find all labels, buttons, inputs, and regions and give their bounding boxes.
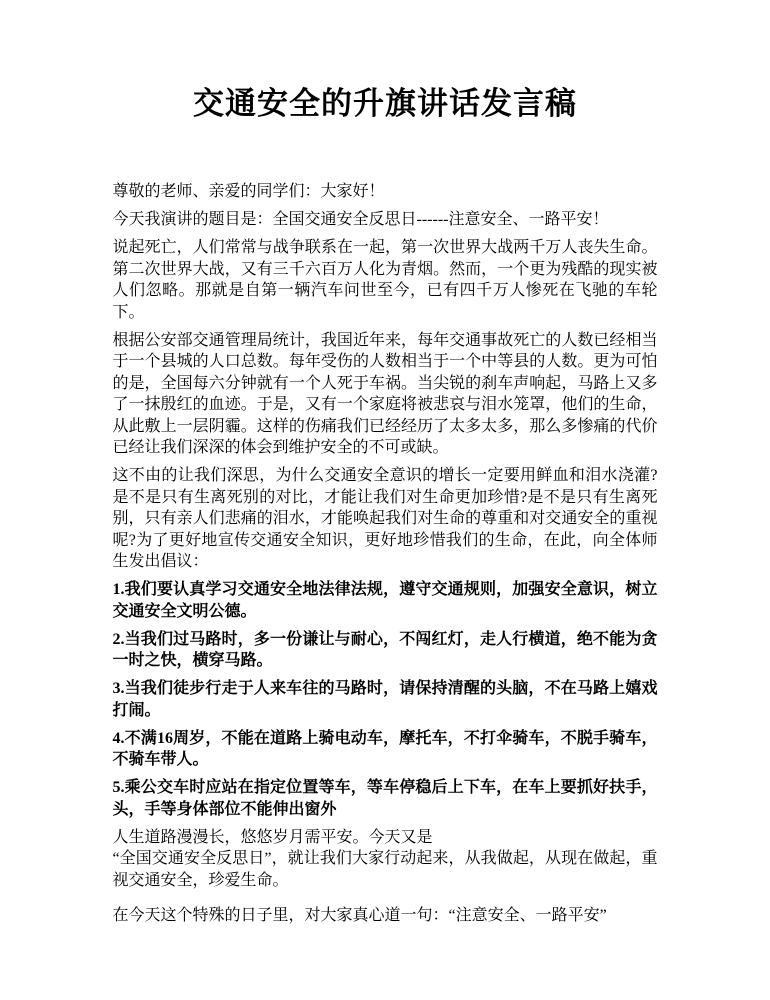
paragraph-salutation: 尊敬的老师、亲爱的同学们：大家好！ bbox=[113, 181, 658, 203]
proposal-item-2: 2.当我们过马路时，多一份谦让与耐心，不闯红灯，走人行横道，绝不能为贪一时之快，… bbox=[113, 629, 658, 672]
paragraph-speech-topic: 今天我演讲的题目是：全国交通安全反思日------注意安全、一路平安！ bbox=[113, 209, 658, 231]
proposal-item-4: 4.不满16周岁，不能在道路上骑电动车，摩托车，不打伞骑车，不脱手骑车，不骑车带… bbox=[113, 728, 658, 771]
paragraph-life-road: 人生道路漫漫长，悠悠岁月需平安。今天又是 “全国交通安全反思日”，就让我们大家行… bbox=[113, 827, 658, 892]
paragraph-war-deaths: 说起死亡，人们常常与战争联系在一起，第一次世界大战两千万人丧失生命。第二次世界大… bbox=[113, 237, 658, 323]
document-body: 尊敬的老师、亲爱的同学们：大家好！ 今天我演讲的题目是：全国交通安全反思日---… bbox=[113, 181, 658, 927]
paragraph-closing: 在今天这个特殊的日子里，对大家真心道一句：“注意安全、一路平安” bbox=[113, 905, 658, 927]
proposal-item-5: 5.乘公交车时应站在指定位置等车，等车停稳后上下车，在车上要抓好扶手，头，手等身… bbox=[113, 777, 658, 820]
proposal-item-1: 1.我们要认真学习交通安全地法律法规，遵守交通规则，加强安全意识，树立交通安全文… bbox=[113, 579, 658, 622]
proposal-item-3: 3.当我们徒步行走于人来车往的马路时，请保持清醒的头脑，不在马路上嬉戏打闹。 bbox=[113, 678, 658, 721]
paragraph-reflection: 这不由的让我们深思，为什么交通安全意识的增长一定要用鲜血和泪水浇灌?是不是只有生… bbox=[113, 465, 658, 573]
paragraph-traffic-statistics: 根据公安部交通管理局统计，我国近年来，每年交通事故死亡的人数已经相当于一个县城的… bbox=[113, 330, 658, 459]
document-page: 交通安全的升旗讲话发言稿 尊敬的老师、亲爱的同学们：大家好！ 今天我演讲的题目是… bbox=[0, 0, 770, 1000]
document-title: 交通安全的升旗讲话发言稿 bbox=[0, 0, 770, 124]
